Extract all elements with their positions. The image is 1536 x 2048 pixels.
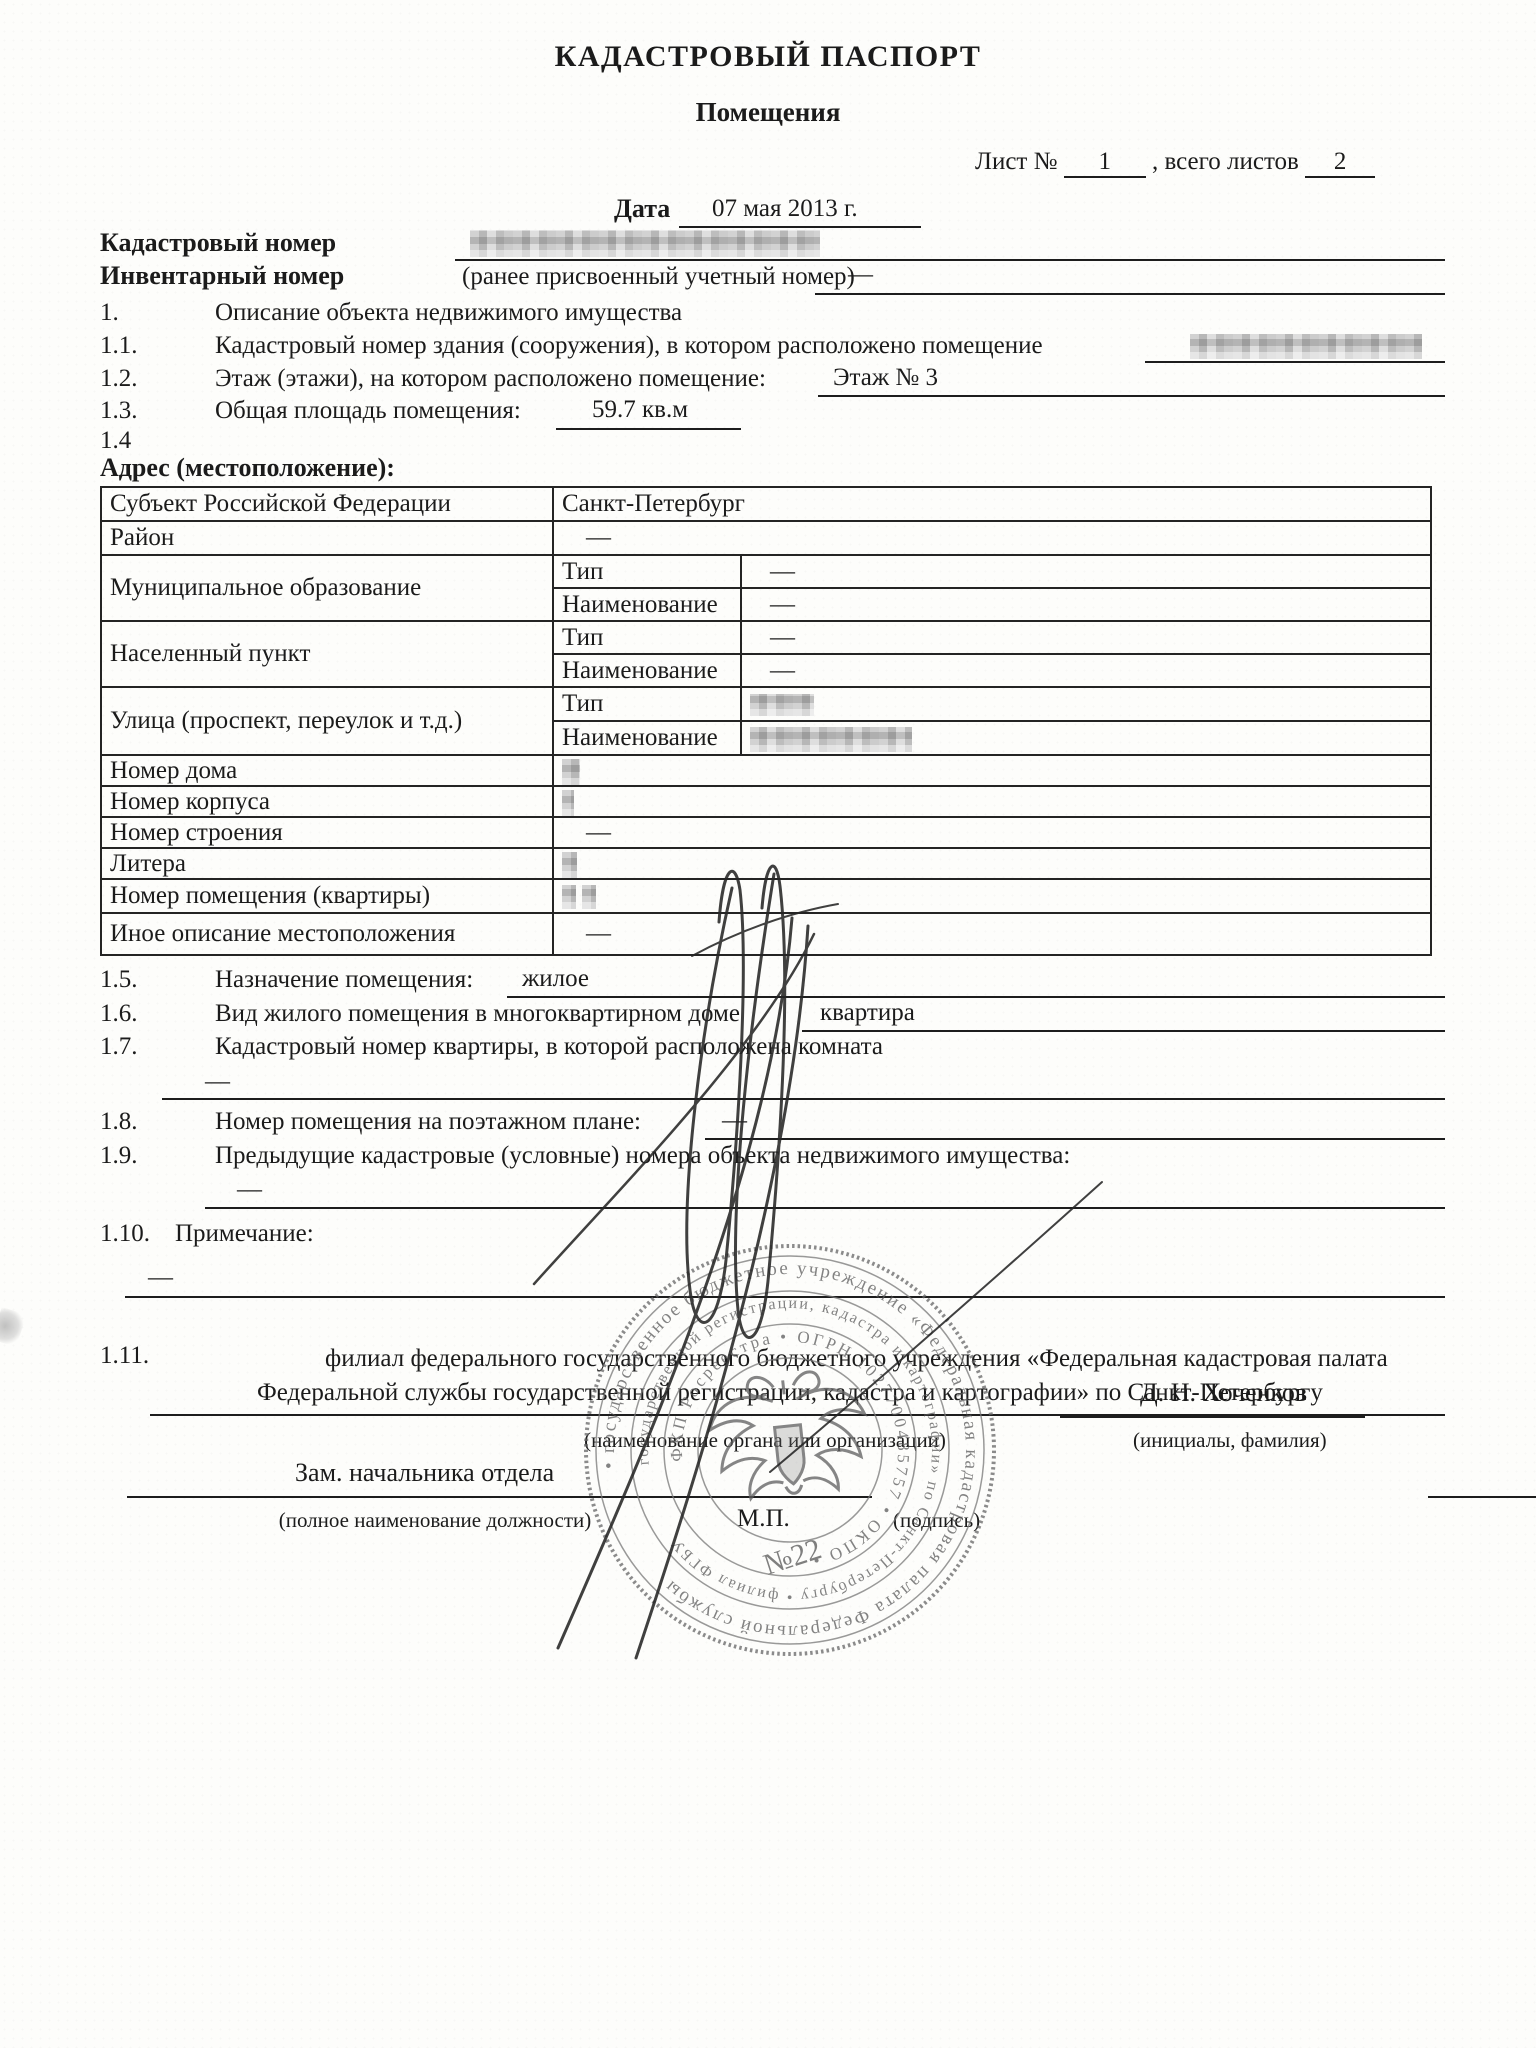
table-row: Номер дома bbox=[101, 755, 1431, 786]
item-1-3-num: 1.3. bbox=[100, 397, 138, 425]
addr-value-building bbox=[553, 786, 1431, 817]
table-row: Субъект Российской Федерации Санкт-Петер… bbox=[101, 487, 1431, 521]
signatory-name: Д. Н. Хоченков bbox=[1140, 1378, 1307, 1408]
item-1-6-num: 1.6. bbox=[100, 1000, 138, 1028]
item-1-3-value: 59.7 кв.м bbox=[592, 396, 688, 424]
item-1-3-line bbox=[556, 428, 741, 430]
inventory-number-value: — bbox=[848, 261, 873, 289]
item-1-8-num: 1.8. bbox=[100, 1108, 138, 1136]
table-row: Иное описание местоположения — bbox=[101, 913, 1431, 955]
addr-label-street: Улица (проспект, переулок и т.д.) bbox=[101, 687, 553, 755]
addr-label-municipality: Муниципальное образование bbox=[101, 555, 553, 621]
item-1-6-value: квартира bbox=[820, 999, 915, 1027]
item-1-8-value: — bbox=[722, 1107, 747, 1135]
item-1-1-num: 1.1. bbox=[100, 332, 138, 360]
table-row: Муниципальное образование Тип — bbox=[101, 555, 1431, 588]
inventory-number-line bbox=[815, 293, 1445, 295]
item-1-10-label: Примечание: bbox=[175, 1220, 314, 1248]
addr-label-other: Иное описание местоположения bbox=[101, 913, 553, 955]
item-1-num: 1. bbox=[100, 299, 119, 327]
document-subtitle: Помещения bbox=[0, 97, 1536, 128]
addr-name-label: Наименование bbox=[553, 654, 741, 687]
addr-label-building: Номер корпуса bbox=[101, 786, 553, 817]
table-row: Район — bbox=[101, 521, 1431, 555]
item-1-9-num: 1.9. bbox=[100, 1142, 138, 1170]
addr-settlement-type: — bbox=[741, 621, 1431, 654]
table-row: Населенный пункт Тип — bbox=[101, 621, 1431, 654]
item-1-2-num: 1.2. bbox=[100, 365, 138, 393]
addr-value-subject: Санкт-Петербург bbox=[553, 487, 1431, 521]
far-right-line-fragment bbox=[1428, 1496, 1536, 1498]
date-label: Дата bbox=[614, 194, 670, 224]
document-title: КАДАСТРОВЫЙ ПАСПОРТ bbox=[0, 40, 1536, 74]
item-1-7-num: 1.7. bbox=[100, 1033, 138, 1061]
cadastral-number-redacted bbox=[470, 230, 820, 257]
addr-value-flat bbox=[553, 879, 1431, 913]
item-1-1-redacted-value bbox=[1190, 334, 1422, 359]
cadastral-number-line bbox=[455, 259, 1445, 261]
addr-municipality-type: — bbox=[741, 555, 1431, 588]
inventory-number-note: (ранее присвоенный учетный номер) bbox=[462, 263, 855, 291]
table-row: Номер строения — bbox=[101, 817, 1431, 848]
item-1-9-value: — bbox=[237, 1176, 262, 1204]
item-1-3-label: Общая площадь помещения: bbox=[215, 397, 521, 425]
official-round-stamp: • государственное бюджетное учреждение «… bbox=[578, 1238, 1002, 1662]
scan-smudge bbox=[0, 1307, 27, 1347]
item-1-7-value: — bbox=[205, 1068, 230, 1096]
addr-value-house bbox=[553, 755, 1431, 786]
addr-label-house: Номер дома bbox=[101, 755, 553, 786]
sheet-separator: , всего листов bbox=[1152, 148, 1299, 175]
item-1-6-line bbox=[802, 1030, 1445, 1032]
item-1-9-line bbox=[205, 1207, 1445, 1209]
addr-label-construction: Номер строения bbox=[101, 817, 553, 848]
redacted-value bbox=[562, 790, 574, 816]
table-row: Литера bbox=[101, 848, 1431, 879]
sheet-number: 1 bbox=[1064, 148, 1146, 178]
redacted-value bbox=[562, 852, 577, 878]
addr-type-label: Тип bbox=[553, 687, 741, 721]
item-1-5-line bbox=[507, 996, 1445, 998]
item-1-1-line bbox=[1145, 361, 1445, 363]
cadastral-passport-page: КАДАСТРОВЫЙ ПАСПОРТ Помещения Лист № 1 ,… bbox=[0, 0, 1536, 2048]
item-1-8-label: Номер помещения на поэтажном плане: bbox=[215, 1108, 641, 1136]
item-1-6-label: Вид жилого помещения в многоквартирном д… bbox=[215, 1000, 740, 1028]
redacted-value bbox=[750, 694, 814, 716]
sheet-label: Лист № bbox=[975, 148, 1057, 175]
position-caption: (полное наименование должности) bbox=[255, 1508, 615, 1533]
addr-street-name bbox=[741, 721, 1431, 755]
date-underline bbox=[679, 226, 921, 228]
addr-value-construction: — bbox=[553, 817, 1431, 848]
addr-street-type bbox=[741, 687, 1431, 721]
addr-type-label: Тип bbox=[553, 621, 741, 654]
addr-settlement-name: — bbox=[741, 654, 1431, 687]
date-value: 07 мая 2013 г. bbox=[712, 195, 858, 223]
addr-label-settlement: Населенный пункт bbox=[101, 621, 553, 687]
item-1-label: Описание объекта недвижимого имущества bbox=[215, 299, 682, 327]
item-1-5-num: 1.5. bbox=[100, 966, 138, 994]
addr-value-district: — bbox=[553, 521, 1431, 555]
item-1-2-label: Этаж (этажи), на котором расположено пом… bbox=[215, 365, 766, 393]
item-1-1-label: Кадастровый номер здания (сооружения), в… bbox=[215, 332, 1043, 360]
item-1-9-label: Предыдущие кадастровые (условные) номера… bbox=[215, 1142, 1070, 1170]
item-1-5-value: жилое bbox=[522, 965, 589, 993]
item-1-10-value: — bbox=[148, 1264, 173, 1292]
addr-label-district: Район bbox=[101, 521, 553, 555]
sheet-total: 2 bbox=[1305, 148, 1375, 178]
addr-name-label: Наименование bbox=[553, 721, 741, 755]
position-title: Зам. начальника отдела bbox=[295, 1458, 554, 1488]
addr-label-subject: Субъект Российской Федерации bbox=[101, 487, 553, 521]
addr-value-litera bbox=[553, 848, 1431, 879]
redacted-value bbox=[750, 727, 912, 752]
item-1-7-label: Кадастровый номер квартиры, в которой ра… bbox=[215, 1033, 883, 1061]
item-1-2-value: Этаж № 3 bbox=[833, 364, 938, 392]
redacted-value bbox=[562, 759, 580, 785]
item-1-7-line bbox=[162, 1098, 1445, 1100]
addr-municipality-name: — bbox=[741, 588, 1431, 621]
addr-name-label: Наименование bbox=[553, 588, 741, 621]
item-1-11-num: 1.11. bbox=[100, 1342, 149, 1370]
addr-type-label: Тип bbox=[553, 555, 741, 588]
item-1-2-line bbox=[818, 395, 1445, 397]
double-headed-eagle-icon bbox=[705, 1367, 873, 1502]
name-line bbox=[1060, 1416, 1365, 1418]
item-1-4-num: 1.4 bbox=[100, 427, 131, 455]
addr-label-flat: Номер помещения (квартиры) bbox=[101, 879, 553, 913]
redacted-value bbox=[582, 885, 596, 909]
redacted-value bbox=[562, 885, 576, 909]
item-1-5-label: Назначение помещения: bbox=[215, 966, 473, 994]
name-caption: (инициалы, фамилия) bbox=[1133, 1428, 1327, 1453]
address-table: Субъект Российской Федерации Санкт-Петер… bbox=[100, 486, 1432, 956]
table-row: Номер корпуса bbox=[101, 786, 1431, 817]
inventory-number-label: Инвентарный номер bbox=[100, 261, 344, 291]
sheet-line: Лист № 1 , всего листов 2 bbox=[975, 148, 1375, 178]
item-1-8-line bbox=[705, 1138, 1445, 1140]
table-row: Улица (проспект, переулок и т.д.) Тип bbox=[101, 687, 1431, 721]
item-1-10-num: 1.10. bbox=[100, 1220, 150, 1248]
addr-label-litera: Литера bbox=[101, 848, 553, 879]
table-row: Номер помещения (квартиры) bbox=[101, 879, 1431, 913]
address-heading: Адрес (местоположение): bbox=[100, 453, 395, 483]
addr-value-other: — bbox=[553, 913, 1431, 955]
cadastral-number-label: Кадастровый номер bbox=[100, 228, 336, 258]
